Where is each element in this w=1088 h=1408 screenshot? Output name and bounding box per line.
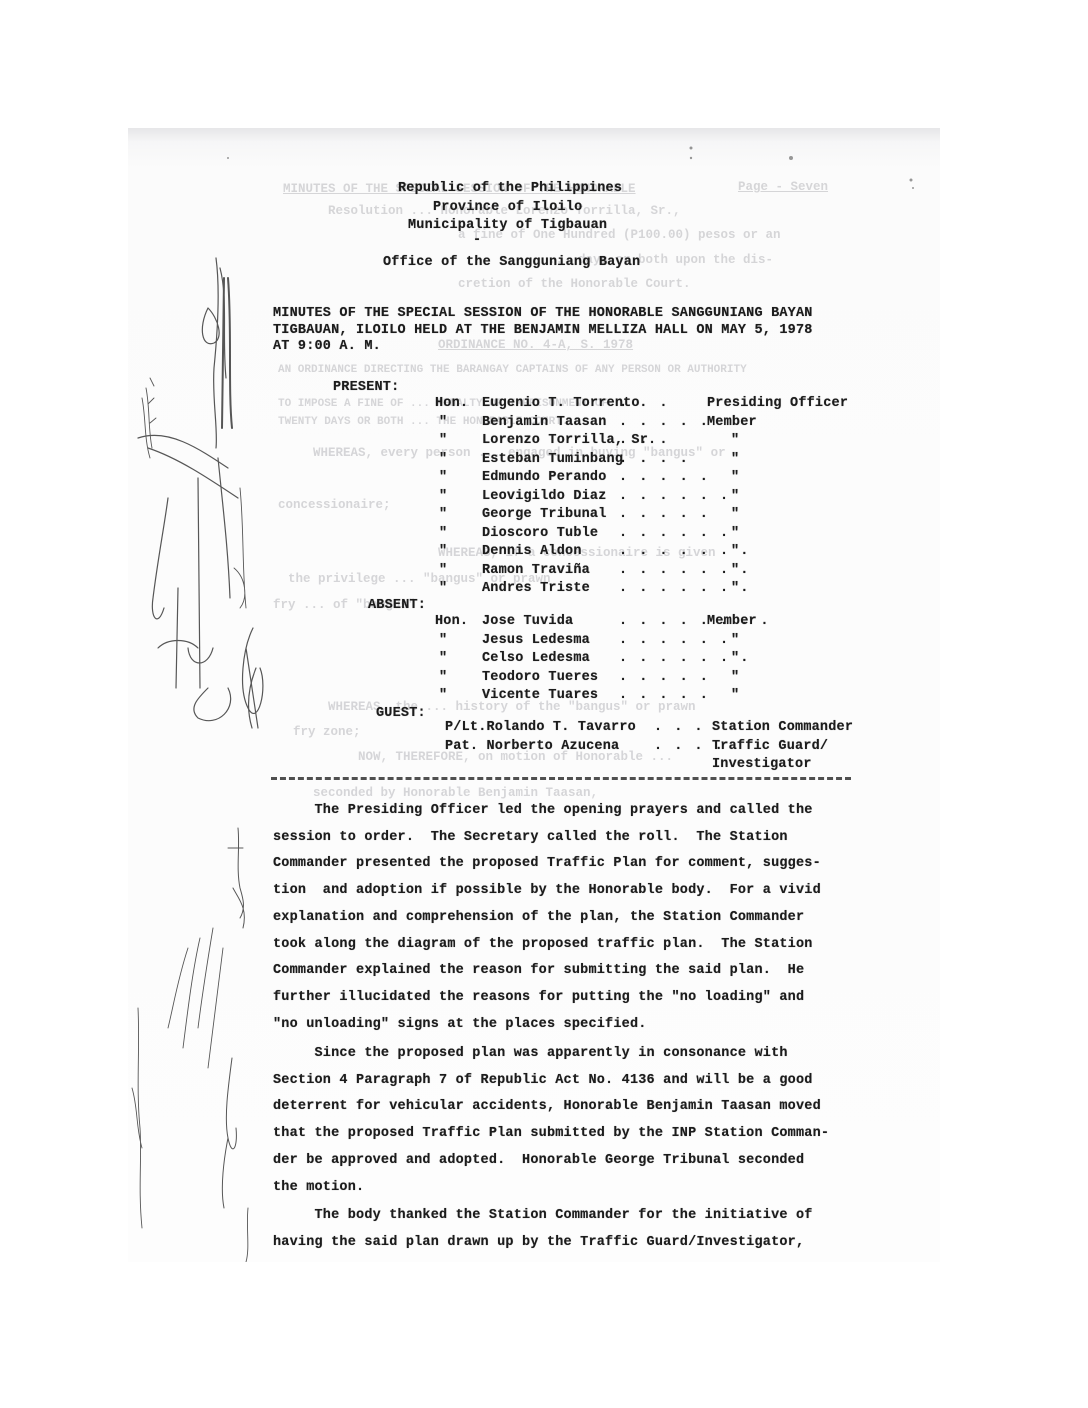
member-role: " [731, 670, 739, 685]
dot-leader: . . . [619, 396, 670, 411]
paragraph-line: explanation and comprehension of the pla… [273, 905, 863, 932]
paragraph-line: "no unloading" signs at the places speci… [273, 1012, 863, 1039]
member-name: Teodoro Tueres [482, 670, 598, 685]
name-prefix: " [439, 581, 447, 596]
name-prefix: " [439, 489, 447, 504]
name-prefix: " [439, 507, 447, 522]
section-divider [271, 777, 851, 780]
member-name: Dioscoro Tuble [482, 526, 598, 541]
margin-signatures [128, 128, 268, 1262]
body-paragraph-1: The Presiding Officer led the opening pr… [273, 798, 863, 1038]
member-role: " [731, 452, 739, 467]
dot-leader: . . . . . [619, 670, 710, 685]
header-municipality: Municipality of Tigbauan [408, 218, 607, 233]
member-role: " [731, 581, 739, 596]
name-prefix: Hon. [435, 614, 475, 629]
paragraph-line: Commander explained the reason for submi… [273, 958, 863, 985]
paragraph-line: Section 4 Paragraph 7 of Republic Act No… [273, 1068, 863, 1095]
member-name: Jose Tuvida [482, 614, 573, 629]
name-prefix: " [439, 563, 447, 578]
paragraph-line: further illucidated the reasons for putt… [273, 985, 863, 1012]
body-paragraph-3: The body thanked the Station Commander f… [273, 1203, 863, 1256]
member-name: Leovigildo Diaz [482, 489, 607, 504]
member-role: Member [707, 614, 757, 629]
paragraph-line: session to order. The Secretary called t… [273, 825, 863, 852]
dot-leader: . . . . . [619, 507, 710, 522]
paragraph-line: Commander presented the proposed Traffic… [273, 851, 863, 878]
member-name: Celso Ledesma [482, 651, 590, 666]
name-prefix: " [439, 688, 447, 703]
name-prefix: Hon. [435, 396, 475, 411]
header-separator: - [473, 233, 481, 248]
paragraph-line: Since the proposed plan was apparently i… [273, 1041, 863, 1068]
paragraph-line: deterrent for vehicular accidents, Honor… [273, 1094, 863, 1121]
member-name: Ramon Traviña [482, 563, 590, 578]
member-role: Presiding Officer [707, 396, 848, 411]
dot-leader: . . . . . . [619, 526, 730, 541]
member-role: Station Commander [712, 720, 853, 735]
member-role: " [731, 489, 739, 504]
dot-leader: . . . [654, 720, 705, 735]
title-line: MINUTES OF THE SPECIAL SESSION OF THE HO… [273, 306, 893, 323]
name-prefix: " [439, 415, 447, 430]
paragraph-line: took along the diagram of the proposed t… [273, 932, 863, 959]
title-line: TIGBAUAN, ILOILO HELD AT THE BENJAMIN ME… [273, 323, 893, 340]
name-prefix: " [439, 470, 447, 485]
member-role: " [731, 651, 739, 666]
member-name: Andres Triste [482, 581, 590, 596]
name-prefix: " [439, 433, 447, 448]
name-prefix: " [439, 651, 447, 666]
absent-label: ABSENT: [368, 598, 426, 613]
member-name: Vicente Tuares [482, 688, 598, 703]
member-role: " [731, 688, 739, 703]
dot-leader: . . . . . [619, 415, 710, 430]
minutes-title: MINUTES OF THE SPECIAL SESSION OF THE HO… [273, 306, 893, 356]
member-name: Edmundo Perando [482, 470, 607, 485]
name-prefix: " [439, 670, 447, 685]
paragraph-line: that the proposed Traffic Plan submitted… [273, 1121, 863, 1148]
paragraph-line: tion and adoption if possible by the Hon… [273, 878, 863, 905]
dot-leader: . . . [619, 433, 670, 448]
dot-leader: . . . . [619, 452, 690, 467]
member-name: Pat. Norberto Azucena [445, 739, 619, 754]
member-role: " [731, 507, 739, 522]
name-prefix: " [439, 526, 447, 541]
member-name: Esteban Tuminbang [482, 452, 623, 467]
member-name: Benjamin Taasan [482, 415, 607, 430]
guest-label: GUEST: [376, 706, 426, 721]
name-prefix: " [439, 452, 447, 467]
scanned-document-page: MINUTES OF THE SPECIAL SESSION OF THE HO… [128, 128, 940, 1262]
member-name: Dennis Aldon [482, 544, 582, 559]
dot-leader: . . . . . . [619, 633, 730, 648]
member-role: " [731, 563, 739, 578]
dot-leader: . . . . . [619, 688, 710, 703]
paragraph-line: the motion. [273, 1175, 863, 1202]
dot-leader: . . . . . . [619, 489, 730, 504]
name-prefix: " [439, 544, 447, 559]
header-province: Province of Iloilo [433, 200, 582, 215]
present-label: PRESENT: [333, 380, 399, 395]
member-name: P/Lt.Rolando T. Tavarro [445, 720, 636, 735]
member-role-continued: Investigator [712, 757, 812, 772]
paragraph-line: The Presiding Officer led the opening pr… [273, 798, 863, 825]
member-name: Eugenio T. Torrento [482, 396, 640, 411]
dot-leader: . . . . . [619, 470, 710, 485]
paragraph-line: having the said plan drawn up by the Tra… [273, 1230, 863, 1257]
body-paragraph-2: Since the proposed plan was apparently i… [273, 1041, 863, 1201]
member-name: George Tribunal [482, 507, 607, 522]
member-role: " [731, 633, 739, 648]
paragraph-line: der be approved and adopted. Honorable G… [273, 1148, 863, 1175]
member-role: " [731, 526, 739, 541]
member-role: " [731, 470, 739, 485]
member-role: Member [707, 415, 757, 430]
header-republic: Republic of the Philippines [398, 181, 622, 196]
header-office: Office of the Sangguniang Bayan [383, 255, 640, 270]
member-role: " [731, 433, 739, 448]
member-role: " [731, 544, 739, 559]
paragraph-line: The body thanked the Station Commander f… [273, 1203, 863, 1230]
title-line: AT 9:00 A. M. [273, 339, 893, 356]
name-prefix: " [439, 633, 447, 648]
member-name: Jesus Ledesma [482, 633, 590, 648]
member-role: Traffic Guard/ [712, 739, 828, 754]
